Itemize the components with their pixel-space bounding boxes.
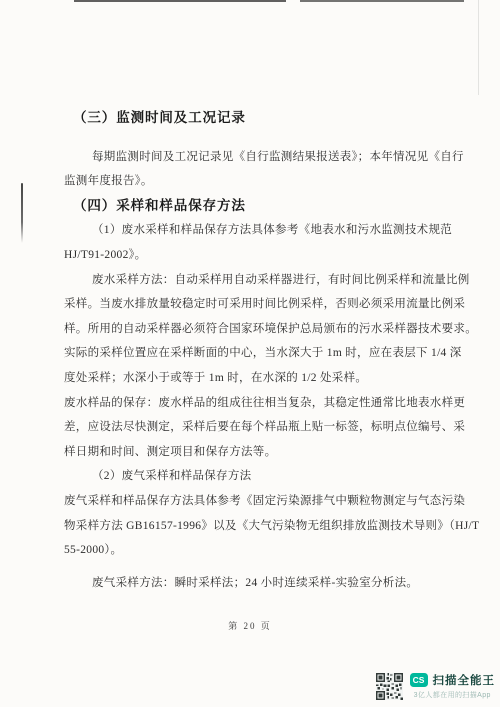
page-number: 第 20 页	[0, 619, 500, 632]
scan-line-artifact	[21, 183, 23, 243]
text-line: （2）废气采样和样品保存方法	[64, 464, 462, 489]
text-line: 采样。当废水排放量较稳定时可采用时间比例采样，否则必须采用流量比例采	[64, 292, 462, 317]
text-line: 废水采样方法：自动采样用自动采样器进行，有时间比例采样和流量比例	[64, 268, 462, 293]
text-line: 废气采样和样品保存方法具体参考《固定污染源排气中颗粒物测定与气态污染	[64, 489, 462, 514]
camscanner-watermark: CS 扫描全能王 3亿人都在用的扫描App	[376, 672, 496, 700]
camscanner-tagline: 3亿人都在用的扫描App	[414, 690, 491, 700]
text-line: 度处采样；水深小于或等于 1m 时，在水深的 1/2 处采样。	[64, 366, 462, 391]
qr-code-icon	[376, 673, 403, 700]
text-line: 差，应设法尽快测定，采样后要在每个样品瓶上贴一标签，标明点位编号、采	[64, 415, 462, 440]
text-line: 废气采样方法：瞬时采样法；24 小时连续采样-实验室分析法。	[64, 571, 462, 596]
text-line: 55-2000）。	[64, 538, 462, 563]
section-heading: （四）采样和样品保存方法	[64, 194, 462, 219]
text-line: 样。所用的自动采样器必须符合国家环境保护总局颁布的污水采样器技术要求。	[64, 317, 462, 342]
text-line: 实际的采样位置应在采样断面的中心，当水深大于 1m 时，应在表层下 1/4 深	[64, 341, 462, 366]
scan-edge-artifact	[74, 0, 286, 2]
scan-line-artifact	[478, 0, 479, 95]
text-line: 废水样品的保存：废水样品的组成往往相当复杂，其稳定性通常比地表水样更	[64, 391, 462, 416]
camscanner-logo-icon: CS	[410, 673, 428, 687]
text-line: 样日期和时间、测定项目和保存方法等。	[64, 440, 462, 465]
camscanner-brand-text: 扫描全能王	[433, 672, 496, 688]
document-body: （三）监测时间及工况记录 每期监测时间及工况记录见《自行监测结果报送表》；本年情…	[64, 106, 462, 595]
text-line: HJ/T91-2002》。	[64, 243, 462, 268]
text-line: 物采样方法 GB16157-1996》以及《大气污染物无组织排放监测技术导则》（…	[64, 514, 462, 539]
text-line: 每期监测时间及工况记录见《自行监测结果报送表》；本年情况见《自行	[64, 145, 462, 170]
scan-edge-artifact	[300, 0, 464, 2]
section-heading: （三）监测时间及工况记录	[64, 106, 462, 131]
text-line: （1）废水采样和样品保存方法具体参考《地表水和污水监测技术规范	[64, 218, 462, 243]
text-line: 监测年度报告》。	[64, 169, 462, 194]
scanned-document-page: （三）监测时间及工况记录 每期监测时间及工况记录见《自行监测结果报送表》；本年情…	[0, 0, 500, 707]
